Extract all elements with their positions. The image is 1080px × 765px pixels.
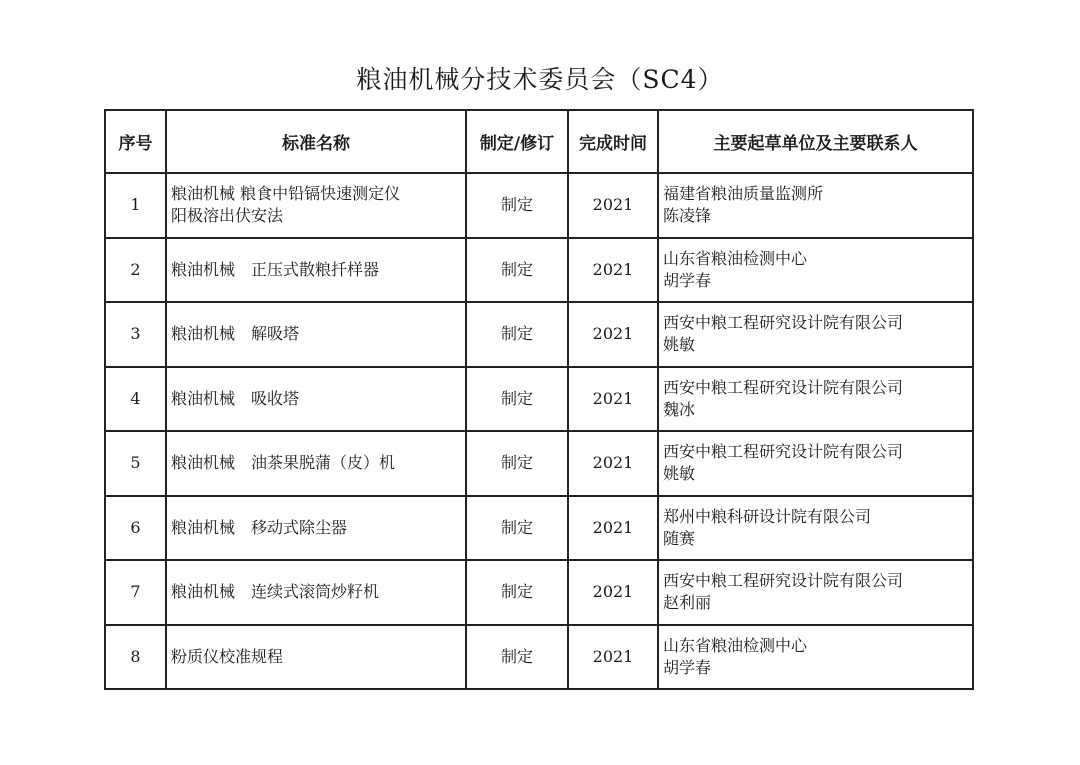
unit-name: 山东省粮油检测中心 bbox=[663, 635, 972, 657]
cell-no: 6 bbox=[105, 496, 166, 561]
cell-unit: 西安中粮工程研究设计院有限公司 魏冰 bbox=[658, 367, 973, 432]
cell-no: 2 bbox=[105, 238, 166, 303]
table-row: 1 粮油机械 粮食中铅镉快速测定仪 阳极溶出伏安法 制定 2021 福建省粮油质… bbox=[105, 173, 973, 238]
cell-name: 粮油机械 连续式滚筒炒籽机 bbox=[166, 560, 466, 625]
unit-name: 西安中粮工程研究设计院有限公司 bbox=[663, 570, 972, 592]
contact-name: 随赛 bbox=[663, 528, 972, 550]
contact-name: 陈凌锋 bbox=[663, 205, 972, 227]
table-row: 2 粮油机械 正压式散粮扦样器 制定 2021 山东省粮油检测中心 胡学春 bbox=[105, 238, 973, 303]
cell-type: 制定 bbox=[466, 238, 568, 303]
name-line: 粮油机械 粮食中铅镉快速测定仪 bbox=[171, 183, 465, 205]
cell-unit: 山东省粮油检测中心 胡学春 bbox=[658, 238, 973, 303]
contact-name: 胡学春 bbox=[663, 270, 972, 292]
cell-type: 制定 bbox=[466, 431, 568, 496]
cell-name: 粉质仪校准规程 bbox=[166, 625, 466, 690]
cell-type: 制定 bbox=[466, 367, 568, 432]
cell-year: 2021 bbox=[568, 625, 658, 690]
name-line: 粮油机械 连续式滚筒炒籽机 bbox=[171, 581, 465, 603]
cell-year: 2021 bbox=[568, 367, 658, 432]
contact-name: 姚敏 bbox=[663, 334, 972, 356]
contact-name: 赵利丽 bbox=[663, 592, 972, 614]
unit-name: 西安中粮工程研究设计院有限公司 bbox=[663, 377, 972, 399]
name-line: 粮油机械 油茶果脱蒲（皮）机 bbox=[171, 452, 465, 474]
cell-type: 制定 bbox=[466, 173, 568, 238]
contact-name: 胡学春 bbox=[663, 657, 972, 679]
name-line: 粮油机械 移动式除尘器 bbox=[171, 517, 465, 539]
cell-no: 3 bbox=[105, 302, 166, 367]
cell-no: 7 bbox=[105, 560, 166, 625]
cell-year: 2021 bbox=[568, 431, 658, 496]
cell-type: 制定 bbox=[466, 560, 568, 625]
table-row: 8 粉质仪校准规程 制定 2021 山东省粮油检测中心 胡学春 bbox=[105, 625, 973, 690]
table-header-row: 序号 标准名称 制定/修订 完成时间 主要起草单位及主要联系人 bbox=[105, 110, 973, 173]
name-line: 粮油机械 吸收塔 bbox=[171, 388, 465, 410]
header-name: 标准名称 bbox=[166, 110, 466, 173]
cell-unit: 西安中粮工程研究设计院有限公司 赵利丽 bbox=[658, 560, 973, 625]
unit-name: 福建省粮油质量监测所 bbox=[663, 183, 972, 205]
contact-name: 姚敏 bbox=[663, 463, 972, 485]
cell-unit: 郑州中粮科研设计院有限公司 随赛 bbox=[658, 496, 973, 561]
contact-name: 魏冰 bbox=[663, 399, 972, 421]
cell-no: 4 bbox=[105, 367, 166, 432]
name-line: 粉质仪校准规程 bbox=[171, 646, 465, 668]
table-row: 7 粮油机械 连续式滚筒炒籽机 制定 2021 西安中粮工程研究设计院有限公司 … bbox=[105, 560, 973, 625]
name-line: 阳极溶出伏安法 bbox=[171, 205, 465, 227]
cell-year: 2021 bbox=[568, 496, 658, 561]
cell-year: 2021 bbox=[568, 302, 658, 367]
header-no: 序号 bbox=[105, 110, 166, 173]
cell-type: 制定 bbox=[466, 625, 568, 690]
cell-unit: 福建省粮油质量监测所 陈凌锋 bbox=[658, 173, 973, 238]
cell-year: 2021 bbox=[568, 560, 658, 625]
header-type: 制定/修订 bbox=[466, 110, 568, 173]
header-year: 完成时间 bbox=[568, 110, 658, 173]
cell-name: 粮油机械 解吸塔 bbox=[166, 302, 466, 367]
unit-name: 郑州中粮科研设计院有限公司 bbox=[663, 506, 972, 528]
cell-year: 2021 bbox=[568, 238, 658, 303]
table-row: 6 粮油机械 移动式除尘器 制定 2021 郑州中粮科研设计院有限公司 随赛 bbox=[105, 496, 973, 561]
cell-no: 1 bbox=[105, 173, 166, 238]
cell-type: 制定 bbox=[466, 302, 568, 367]
cell-unit: 西安中粮工程研究设计院有限公司 姚敏 bbox=[658, 431, 973, 496]
unit-name: 西安中粮工程研究设计院有限公司 bbox=[663, 312, 972, 334]
cell-unit: 西安中粮工程研究设计院有限公司 姚敏 bbox=[658, 302, 973, 367]
header-unit: 主要起草单位及主要联系人 bbox=[658, 110, 973, 173]
table-row: 3 粮油机械 解吸塔 制定 2021 西安中粮工程研究设计院有限公司 姚敏 bbox=[105, 302, 973, 367]
standards-table: 序号 标准名称 制定/修订 完成时间 主要起草单位及主要联系人 1 粮油机械 粮… bbox=[104, 109, 974, 690]
cell-no: 5 bbox=[105, 431, 166, 496]
unit-name: 西安中粮工程研究设计院有限公司 bbox=[663, 441, 972, 463]
cell-type: 制定 bbox=[466, 496, 568, 561]
name-line: 粮油机械 正压式散粮扦样器 bbox=[171, 259, 465, 281]
cell-name: 粮油机械 粮食中铅镉快速测定仪 阳极溶出伏安法 bbox=[166, 173, 466, 238]
cell-year: 2021 bbox=[568, 173, 658, 238]
table-row: 5 粮油机械 油茶果脱蒲（皮）机 制定 2021 西安中粮工程研究设计院有限公司… bbox=[105, 431, 973, 496]
cell-name: 粮油机械 正压式散粮扦样器 bbox=[166, 238, 466, 303]
document-title: 粮油机械分技术委员会（SC4） bbox=[0, 60, 1080, 96]
name-line: 粮油机械 解吸塔 bbox=[171, 323, 465, 345]
unit-name: 山东省粮油检测中心 bbox=[663, 248, 972, 270]
cell-no: 8 bbox=[105, 625, 166, 690]
cell-name: 粮油机械 移动式除尘器 bbox=[166, 496, 466, 561]
cell-name: 粮油机械 油茶果脱蒲（皮）机 bbox=[166, 431, 466, 496]
cell-unit: 山东省粮油检测中心 胡学春 bbox=[658, 625, 973, 690]
cell-name: 粮油机械 吸收塔 bbox=[166, 367, 466, 432]
table-row: 4 粮油机械 吸收塔 制定 2021 西安中粮工程研究设计院有限公司 魏冰 bbox=[105, 367, 973, 432]
